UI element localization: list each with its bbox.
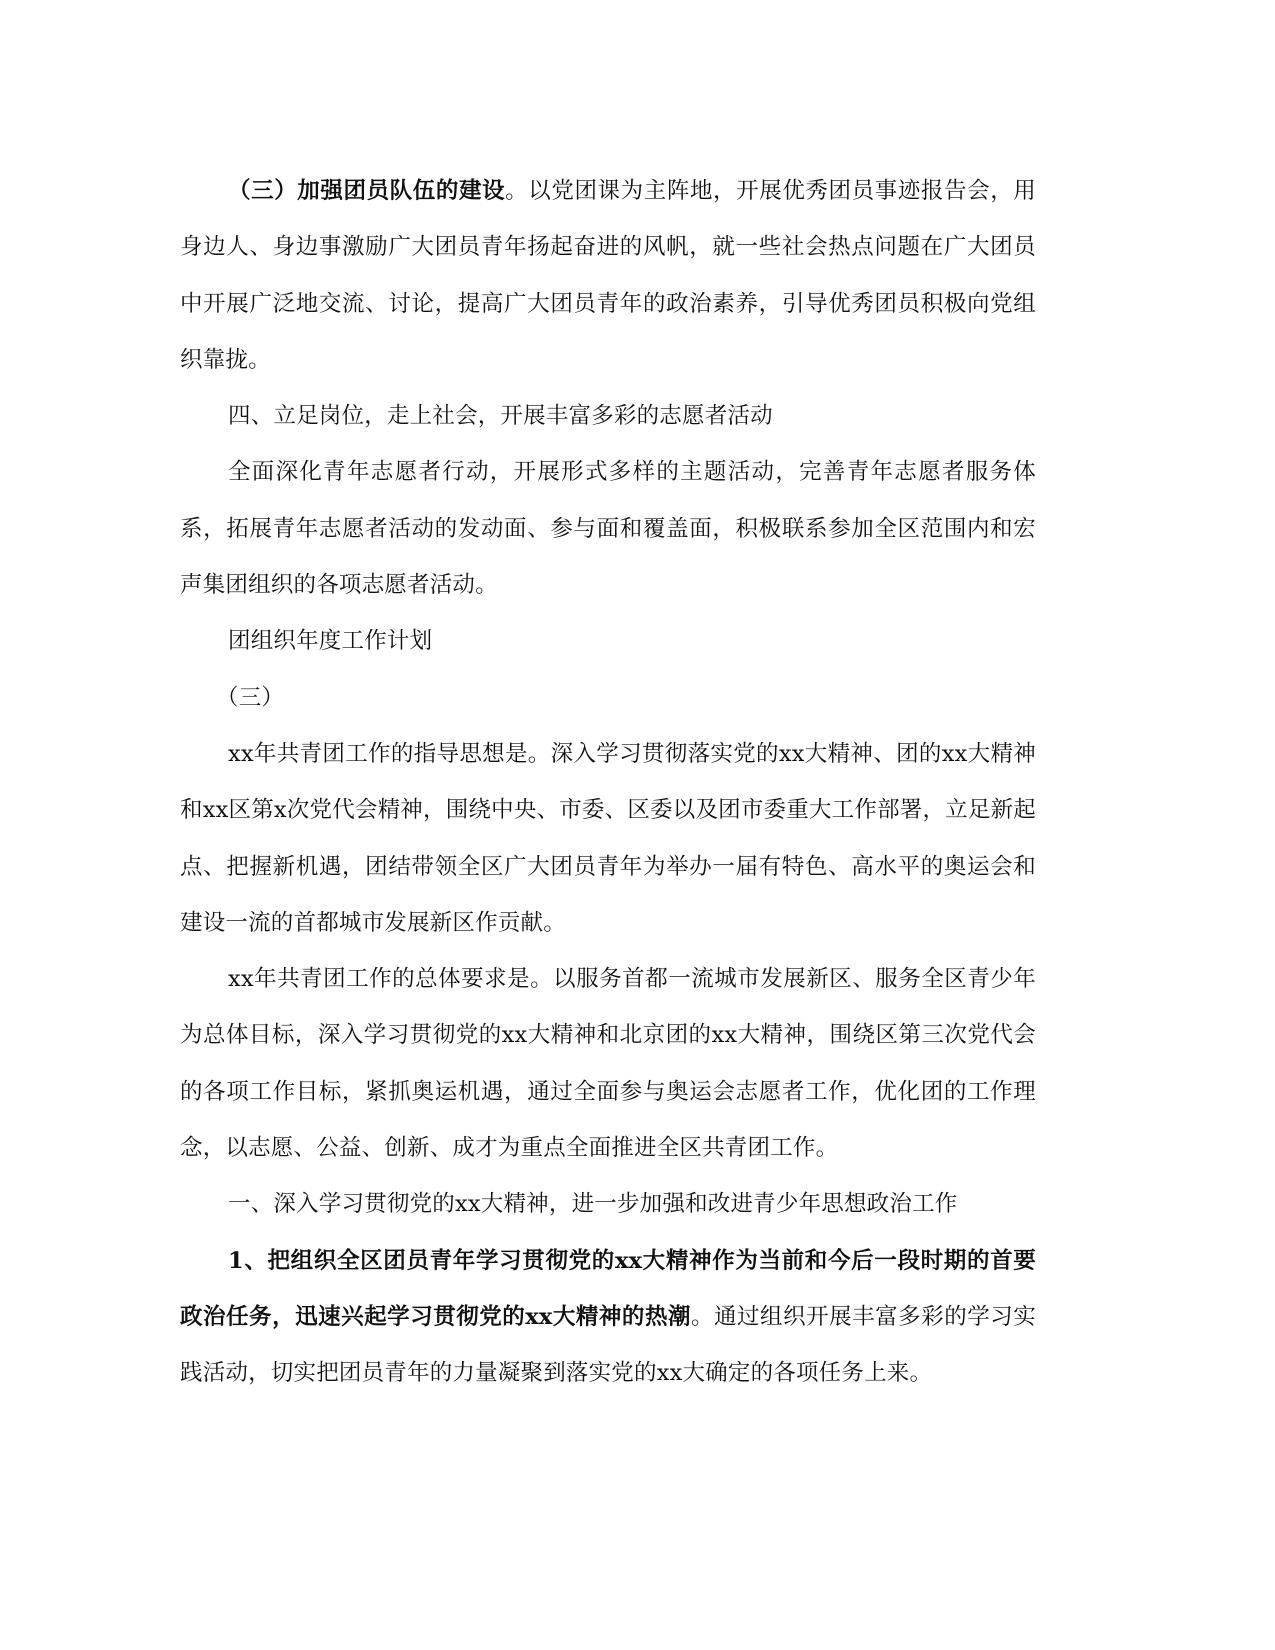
paragraph-volunteer: 全面深化青年志愿者行动，开展形式多样的主题活动，完善青年志愿者服务体系，拓展青年… [180,444,1036,613]
paragraph-study-task: 1、把组织全区团员青年学习贯彻党的xx大精神作为当前和今后一段时期的首要政治任务… [180,1233,1036,1402]
section-heading-volunteer: 四、立足岗位，走上社会，开展丰富多彩的志愿者活动 [180,388,1036,444]
paragraph-overall-requirements: xx年共青团工作的总体要求是。以服务首都一流城市发展新区、服务全区青少年为总体目… [180,951,1036,1176]
paragraph-text: 。以党团课为主阵地，开展优秀团员事迹报告会，用身边人、身边事激励广大团员青年扬起… [180,178,1036,373]
document-page: （三）加强团员队伍的建设。以党团课为主阵地，开展优秀团员事迹报告会，用身边人、身… [180,163,1036,1402]
heading-team-building: （三）加强团员队伍的建设 [228,178,505,204]
paragraph-team-building: （三）加强团员队伍的建设。以党团课为主阵地，开展优秀团员事迹报告会，用身边人、身… [180,163,1036,388]
document-subtitle: 团组织年度工作计划 [180,613,1036,669]
section-number: （三） [180,670,1036,726]
section-heading-study: 一、深入学习贯彻党的xx大精神，进一步加强和改进青少年思想政治工作 [180,1176,1036,1232]
paragraph-guiding-ideology: xx年共青团工作的指导思想是。深入学习贯彻落实党的xx大精神、团的xx大精神和x… [180,726,1036,951]
